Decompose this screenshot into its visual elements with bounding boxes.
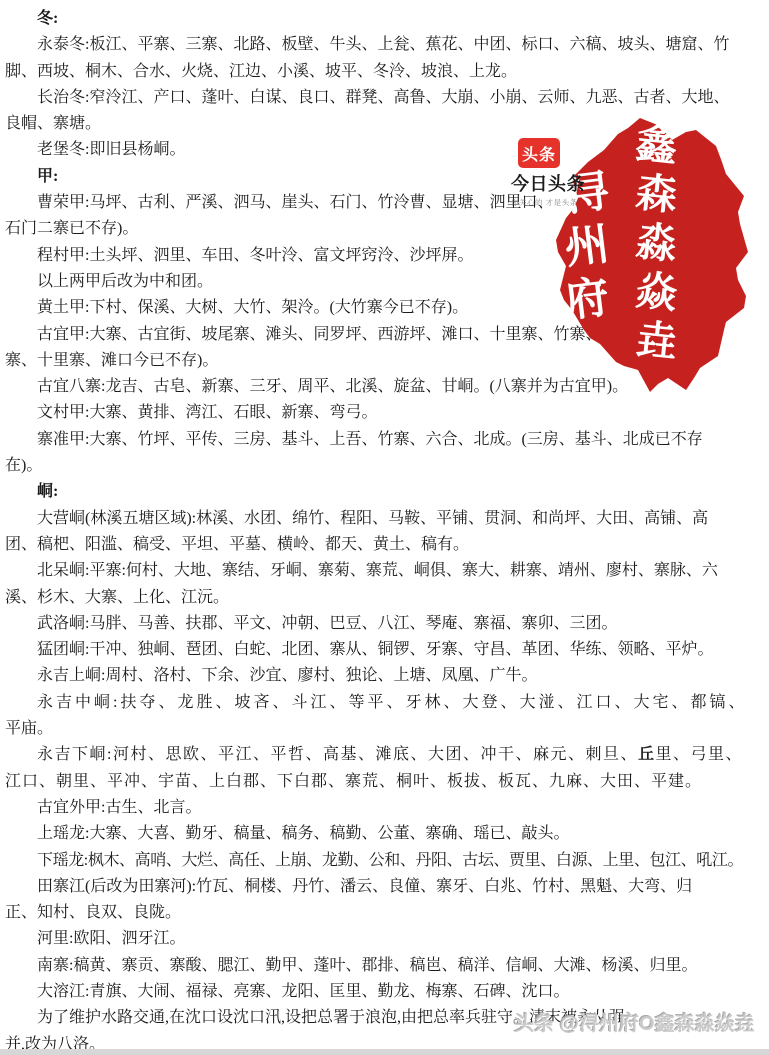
text-line: 上瑶龙:大寨、大喜、勤牙、稿量、稿务、稿勤、公董、寨确、瑶已、敲头。 [5,821,767,847]
toutiao-logo-tagline: 你关心的 才是头条 [511,197,603,208]
text-line: 武洛峒:马胖、马善、扶郡、平文、冲朝、巴豆、八江、琴庵、寨福、寨卯、三团。 [5,611,767,637]
calligraphy-char: 淼 [634,221,679,266]
text-line: 古宜外甲:古生、北言。 [5,795,767,821]
text-line: 脚、西坡、桐木、合水、火烧、江边、小溪、坡平、冬泠、坡浪、上龙。 [5,59,767,85]
text-line: 大营峒(林溪五塘区域):林溪、水团、绵竹、程阳、马鞍、平铺、贯洞、和尚坪、大田、… [5,506,767,532]
text-line: 北呆峒:平寨:何村、大地、寨结、牙峒、寨菊、寨荒、峒俱、寨大、耕寨、靖州、廖村、… [5,558,767,584]
section-heading: 峒: [5,479,767,505]
text-line: 正、知村、良双、良陇。 [5,900,767,926]
calligraphy-char: 垚 [634,319,679,364]
calligraphy-char: 森 [634,172,679,217]
text-line: 河里:欧阳、泗牙江。 [5,926,767,952]
toutiao-logo-icon: 头条 [518,138,560,168]
toutiao-logo-name: 今日头条 [511,170,603,196]
text-line: 永吉上峒:周村、洛村、下余、沙宜、廖村、独论、上塘、凤凰、广牛。 [5,663,767,689]
calligraphy-char: 府 [562,275,611,324]
text-line: 寨准甲:大寨、竹坪、平传、三房、基斗、上吾、竹寨、六合、北成。(三房、基斗、北成… [5,427,767,453]
text-line: 大溶江:青旗、大闹、福禄、亮寨、龙阳、匡里、勤龙、梅寨、石碑、沈口。 [5,979,767,1005]
text-line: 团、稿杷、阳滥、稿受、平坦、平墓、横岭、都天、黄土、稿有。 [5,532,767,558]
map-calligraphy-right: 鑫森淼焱垚 [636,125,677,370]
text-line: 南寨:稿黄、寨贡、寨酸、腮江、勤甲、蓬叶、郡排、稿岜、稿洋、信峒、大滩、杨溪、归… [5,953,767,979]
calligraphy-char: 州 [562,222,611,271]
calligraphy-char: 鑫 [634,123,679,168]
section-heading: 冬: [5,6,767,32]
text-line: 猛团峒:干冲、独峒、琶团、白蛇、北团、寨从、铜锣、牙寨、守昌、革团、华练、领略、… [5,637,767,663]
text-line: 江口、朝里、平冲、宇苗、上白郡、下白郡、寨荒、桐叶、板拔、板瓦、九麻、大田、平建… [5,769,767,795]
text-line: 永吉中峒:扶夺、龙胜、坡吝、斗江、等平、牙林、大登、大湴、江口、大宅、都镐、 [5,690,767,716]
text-line: 永吉下峒:河村、思欧、平江、平哲、高基、滩底、大团、冲干、麻元、刺旦、丘里、弓里… [5,742,767,768]
text-line: 田寨江(后改为田寨河):竹瓦、桐楼、丹竹、潘云、良僮、寨牙、白兆、竹村、黑魁、大… [5,874,767,900]
text-line: 在)。 [5,453,767,479]
text-line: 平庙。 [5,716,767,742]
toutiao-logo: 头条 今日头条 你关心的 才是头条 [511,138,603,208]
text-line: 下瑶龙:枫木、高哨、大烂、高任、上崩、龙勤、公和、丹阳、古坛、贾里、白源、上里、… [5,848,767,874]
text-line: 长治冬:窄泠江、产口、蓬叶、白谋、良口、群凳、高鲁、大崩、小崩、云师、九恶、古者… [5,85,767,111]
bottom-edge-strip [0,1049,769,1055]
bottom-watermark-text: 头条 @浔州府O鑫森淼焱垚 [514,1007,755,1036]
text-line: 永泰冬:板江、平寨、三寨、北路、板壁、牛头、上瓮、蕉花、中团、标口、六稿、坡头、… [5,32,767,58]
text-line: 溪、杉木、大寨、上化、江沅。 [5,585,767,611]
calligraphy-char: 焱 [634,270,679,315]
text-line: 文村甲:大寨、黄排、湾江、石眼、新寨、弯弓。 [5,400,767,426]
